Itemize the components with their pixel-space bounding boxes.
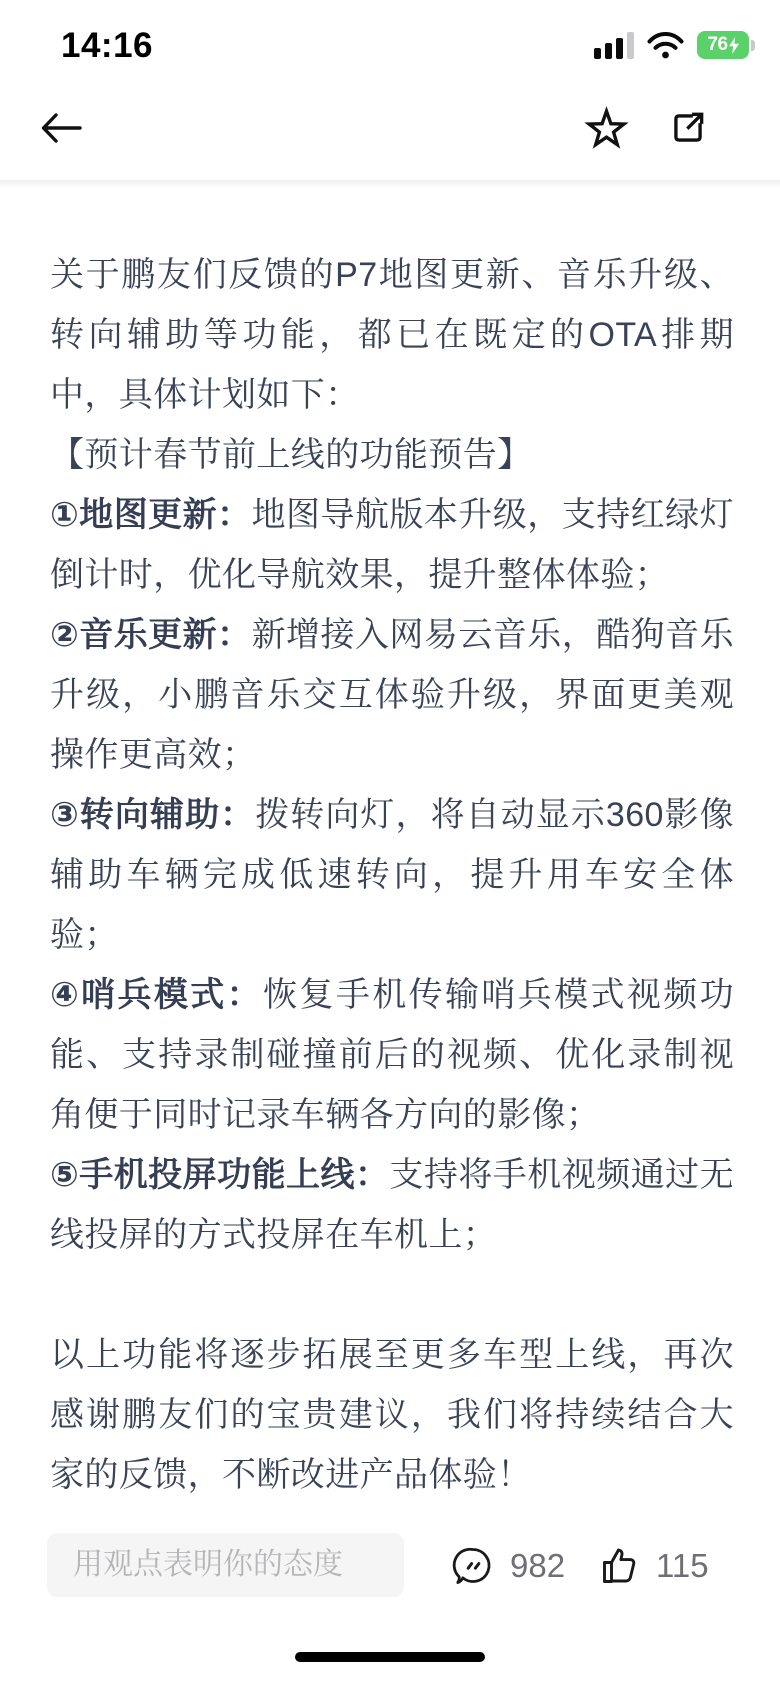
battery-percent: 76: [707, 34, 727, 56]
comment-count: 982: [510, 1547, 565, 1585]
star-outline-icon: [584, 105, 629, 150]
favorite-button[interactable]: [584, 105, 629, 150]
speech-bubble-icon: [452, 1545, 494, 1587]
comment-input[interactable]: [47, 1533, 404, 1597]
paragraph-emphasis: ③转向辅助：: [50, 796, 255, 834]
article-paragraph: 以上功能将逐步拓展至更多车型上线，再次感谢鹏友们的宝贵建议，我们将持续结合大家的…: [50, 1325, 734, 1505]
nav-bar: [0, 90, 780, 166]
comment-bar: 982 115: [0, 1528, 780, 1603]
paragraph-emphasis: ①地图更新：: [50, 496, 252, 534]
cellular-signal-icon: [594, 32, 634, 59]
thumbs-up-icon: [598, 1545, 640, 1587]
charging-bolt-icon: [729, 37, 739, 54]
wifi-icon: [647, 32, 684, 59]
article-paragraph: ③转向辅助：拨转向灯，将自动显示360影像辅助车辆完成低速转向，提升用车安全体验…: [50, 785, 734, 965]
article-body: 关于鹏友们反馈的P7地图更新、音乐升级、转向辅助等功能，都已在既定的OTA排期中…: [50, 245, 734, 1505]
paragraph-emphasis: ⑤手机投屏功能上线：: [50, 1156, 389, 1194]
back-arrow-icon: [38, 110, 84, 146]
article-paragraph: ②音乐更新：新增接入网易云音乐，酷狗音乐升级，小鹏音乐交互体验升级，界面更美观操…: [50, 605, 734, 785]
paragraph-emphasis: ②音乐更新：: [50, 616, 252, 654]
status-time: 14:16: [61, 26, 153, 66]
comment-button[interactable]: 982: [452, 1528, 565, 1603]
status-icons: 76: [594, 0, 755, 90]
like-button[interactable]: 115: [598, 1528, 709, 1603]
app-screen: 14:16 76: [0, 0, 780, 1688]
article-paragraph: ④哨兵模式：恢复手机传输哨兵模式视频功能、支持录制碰撞前后的视频、优化录制视角便…: [50, 965, 734, 1145]
status-bar: 14:16 76: [0, 0, 780, 90]
back-button[interactable]: [38, 110, 84, 146]
share-button[interactable]: [667, 107, 709, 149]
paragraph-emphasis: ④哨兵模式：: [50, 976, 263, 1014]
article-blank-line: [50, 1265, 734, 1325]
content-divider: [0, 180, 780, 187]
battery-charging-icon: 76: [697, 31, 755, 59]
share-icon: [667, 107, 709, 149]
paragraph-text: 关于鹏友们反馈的P7地图更新、音乐升级、转向辅助等功能，都已在既定的OTA排期中…: [50, 256, 734, 414]
home-indicator[interactable]: [295, 1652, 485, 1662]
like-count: 115: [656, 1547, 709, 1585]
article-paragraph: 关于鹏友们反馈的P7地图更新、音乐升级、转向辅助等功能，都已在既定的OTA排期中…: [50, 245, 734, 425]
paragraph-text: 【预计春节前上线的功能预告】: [50, 436, 532, 474]
paragraph-text: 以上功能将逐步拓展至更多车型上线，再次感谢鹏友们的宝贵建议，我们将持续结合大家的…: [50, 1336, 734, 1494]
article-paragraph: ⑤手机投屏功能上线：支持将手机视频通过无线投屏的方式投屏在车机上；: [50, 1145, 734, 1265]
article-paragraph: ①地图更新：地图导航版本升级，支持红绿灯倒计时，优化导航效果，提升整体体验；: [50, 485, 734, 605]
article-paragraph: 【预计春节前上线的功能预告】: [50, 425, 734, 485]
